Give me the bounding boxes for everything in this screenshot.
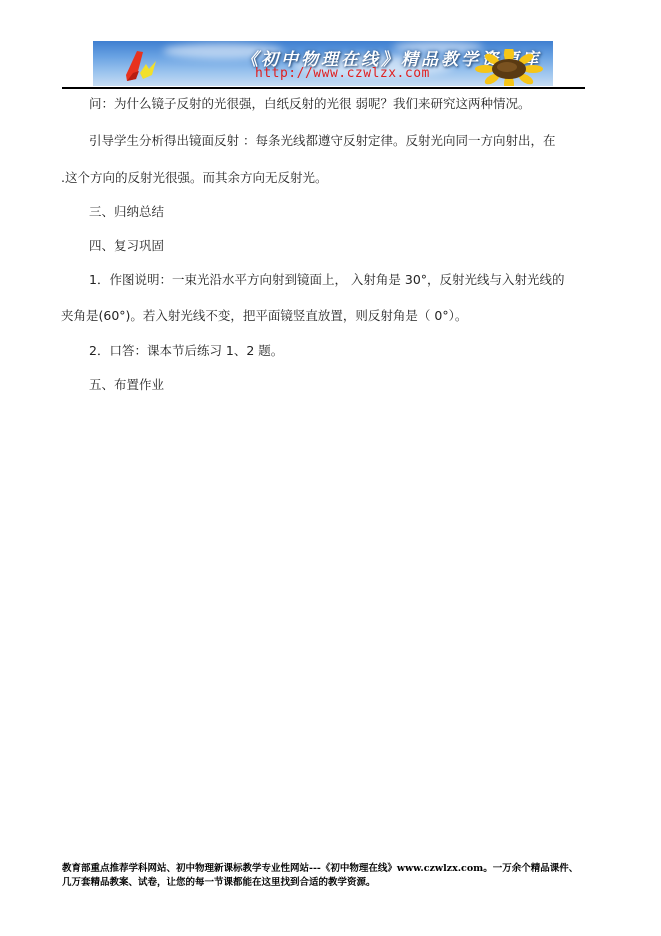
section-heading-homework: 五、布置作业 [89, 377, 164, 393]
paragraph-guidance: 引导学生分析得出镜面反射 ：每条光线都遵守反射定律。反射光向同一方向射出，在 [89, 133, 555, 149]
header-banner: 《初中物理在线》精品教学资源库 http://www.czwlzx.com [93, 41, 553, 86]
exercise-item-1-continued: 夹角是(60°)。若入射光线不变，把平面镜竖直放置，则反射角是（ 0°）。 [61, 308, 467, 324]
paragraph-guidance-continued: .这个方向的反射光很强。而其余方向无反射光。 [61, 170, 327, 186]
paragraph-question: 问：为什么镜子反射的光很强，白纸反射的光很 弱呢？我们来研究这两种情况。 [89, 96, 530, 112]
banner-url: http://www.czwlzx.com [255, 66, 430, 81]
exercise-item-2: 2．口答：课本节后练习 1、2 题。 [89, 343, 283, 359]
document-page: 《初中物理在线》精品教学资源库 http://www.czwlzx.com [0, 0, 661, 936]
footer-line-1: 教育部重点推荐学科网站、初中物理新课标教学专业性网站---《初中物理在线》www… [62, 862, 578, 875]
exercise-item-1: 1．作图说明：一束光沿水平方向射到镜面上， 入射角是 30°，反射光线与入射光线… [89, 272, 565, 288]
section-heading-summary: 三、归纳总结 [89, 204, 164, 220]
site-logo-icon [123, 49, 159, 83]
header-divider [62, 87, 585, 89]
footer-line-2: 几万套精品教案、试卷，让您的每一节课都能在这里找到合适的教学资源。 [62, 876, 376, 889]
section-heading-review: 四、复习巩固 [89, 238, 164, 254]
sunflower-icon [469, 49, 545, 86]
